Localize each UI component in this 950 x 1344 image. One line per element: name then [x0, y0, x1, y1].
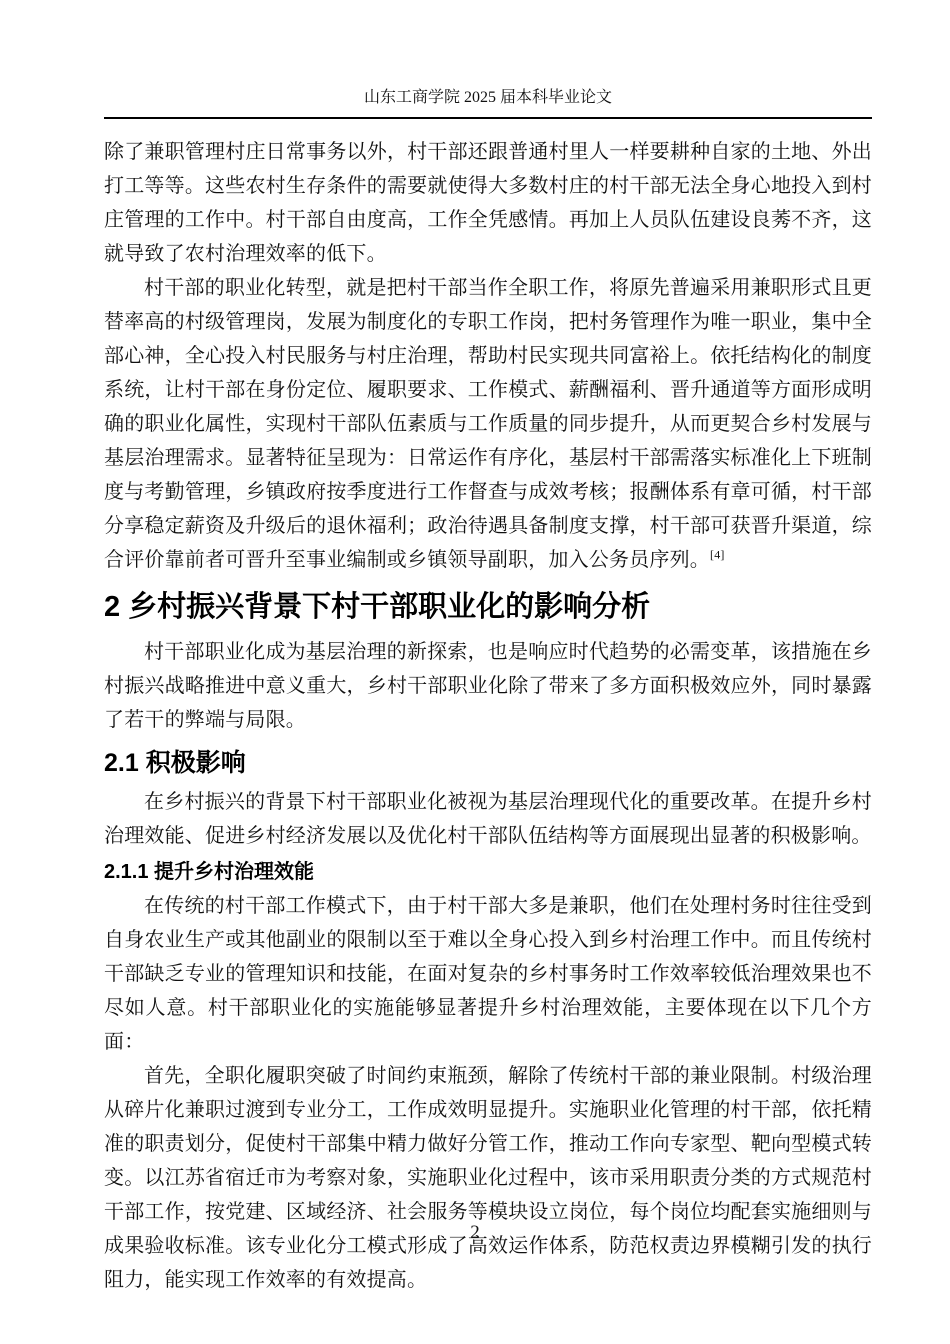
section-heading-2: 2 乡村振兴背景下村干部职业化的影响分析	[104, 587, 872, 627]
paragraph: 在传统的村干部工作模式下，由于村干部大多是兼职，他们在处理村务时往往受到自身农业…	[104, 889, 872, 1059]
paragraph: 村干部职业化成为基层治理的新探索，也是响应时代趋势的必需变革，该措施在乡村振兴战…	[104, 635, 872, 737]
citation-marker: [4]	[710, 547, 725, 561]
document-body: 除了兼职管理村庄日常事务以外，村干部还跟普通村里人一样要耕种自家的土地、外出打工…	[0, 135, 950, 1297]
subsection-heading-2-1: 2.1 积极影响	[104, 745, 872, 781]
page-header: 山东工商学院 2025 届本科毕业论文	[0, 0, 950, 119]
paragraph: 在乡村振兴的背景下村干部职业化被视为基层治理现代化的重要改革。在提升乡村治理效能…	[104, 785, 872, 853]
page-number: 2	[470, 1222, 480, 1243]
paragraph: 首先，全职化履职突破了时间约束瓶颈，解除了传统村干部的兼业限制。村级治理从碎片化…	[104, 1059, 872, 1297]
page-footer: 2	[0, 1222, 950, 1244]
document-page: 山东工商学院 2025 届本科毕业论文 除了兼职管理村庄日常事务以外，村干部还跟…	[0, 0, 950, 1344]
subsubsection-heading-2-1-1: 2.1.1 提升乡村治理效能	[104, 857, 872, 887]
paragraph: 村干部的职业化转型，就是把村干部当作全职工作，将原先普遍采用兼职形式且更替率高的…	[104, 271, 872, 577]
running-head-title: 山东工商学院 2025 届本科毕业论文	[104, 88, 872, 108]
paragraph-text: 村干部的职业化转型，就是把村干部当作全职工作，将原先普遍采用兼职形式且更替率高的…	[104, 277, 872, 571]
paragraph-continuation: 除了兼职管理村庄日常事务以外，村干部还跟普通村里人一样要耕种自家的土地、外出打工…	[104, 135, 872, 271]
header-divider-rule	[104, 117, 872, 119]
